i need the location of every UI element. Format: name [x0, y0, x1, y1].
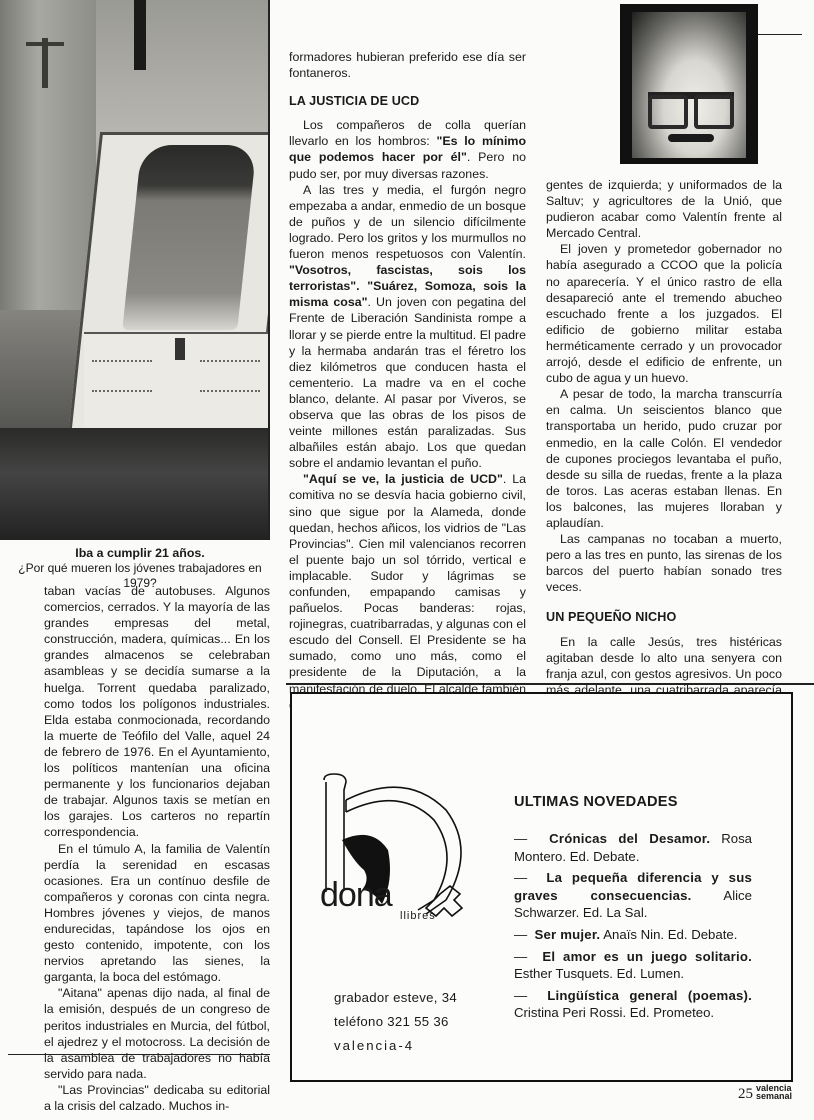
ad-address: grabador esteve, 34: [334, 986, 457, 1010]
book-item: — Lingüística general (poemas). Cristina…: [514, 987, 752, 1022]
section-rule: [286, 683, 814, 685]
paragraph: formadores hubieran preferido ese día se…: [289, 49, 526, 81]
book-item: — El amor es un juego solitario. Esther …: [514, 948, 752, 983]
book-item: — La pequeña diferencia y sus graves con…: [514, 869, 752, 922]
ad-contact: grabador esteve, 34 teléfono 321 55 36 v…: [334, 986, 457, 1058]
paragraph: "Aitana" apenas dijo nada, al final de l…: [44, 985, 270, 1082]
ad-heading: ULTIMAS NOVEDADES: [514, 794, 678, 810]
caption-title: Iba a cumplir 21 años.: [0, 546, 280, 561]
book-title: Crónicas del Desamor.: [549, 831, 710, 846]
glasses: [648, 92, 734, 123]
crucifix-icon: [42, 38, 48, 88]
book-list: — Crónicas del Desamor. Rosa Montero. Ed…: [514, 830, 752, 1026]
mustache: [668, 134, 714, 142]
book-title: El amor es un juego solitario.: [542, 949, 752, 964]
ornament-right: [200, 360, 260, 392]
quote: "Aquí se ve, la justicia de UCD": [303, 472, 503, 486]
book-title: Lingüística general (poemas).: [547, 988, 752, 1003]
ornament-left: [92, 360, 152, 392]
coffin-photo: [0, 0, 270, 540]
book-item: — Ser mujer. Anaïs Nin. Ed. Debate.: [514, 926, 752, 944]
logo-subtitle: llibres: [400, 910, 436, 922]
portrait-rule: [758, 34, 802, 35]
portrait-photo: [620, 4, 758, 164]
logo-wordmark: dona: [320, 878, 392, 912]
section-heading: UN PEQUEÑO NICHO: [546, 609, 782, 625]
paragraph: A pesar de todo, la marcha transcurría e…: [546, 386, 782, 531]
book-title: Ser mujer.: [535, 927, 601, 942]
body-figure: [122, 145, 256, 330]
photo-wall: [0, 0, 96, 310]
cross-icon: [134, 0, 146, 70]
paragraph: Las campanas no tocaban a muerto, pero a…: [546, 531, 782, 595]
paragraph: taban vacías de autobuses. Algunos comer…: [44, 583, 270, 841]
paragraph: "Las Provincias" dedicaba su editorial a…: [44, 1082, 270, 1114]
page-footer: 25 valencia semanal: [738, 1084, 792, 1100]
article-column-2: formadores hubieran preferido ese día se…: [289, 49, 526, 713]
magazine-brand: valencia semanal: [756, 1084, 792, 1100]
paragraph: En el túmulo A, la familia de Valentín p…: [44, 841, 270, 986]
paragraph: A las tres y media, el furgón negro empe…: [289, 182, 526, 472]
clasp-icon: [175, 338, 185, 360]
paragraph: "Aquí se ve, la justicia de UCD". La com…: [289, 471, 526, 712]
table: [0, 428, 268, 540]
page-number: 25: [738, 1088, 753, 1100]
paragraph: gentes de izquierda; y uniformados de la…: [546, 177, 782, 241]
article-column-1: taban vacías de autobuses. Algunos comer…: [44, 583, 270, 1114]
ad-phone: teléfono 321 55 36: [334, 1010, 457, 1034]
article-column-3: gentes de izquierda; y uniformados de la…: [546, 177, 782, 714]
column-rule: [8, 1054, 270, 1055]
paragraph: Los compañeros de colla querían llevarlo…: [289, 117, 526, 181]
section-heading: LA JUSTICIA DE UCD: [289, 93, 526, 109]
paragraph: El joven y prometedor gobernador no habí…: [546, 241, 782, 386]
book-item: — Crónicas del Desamor. Rosa Montero. Ed…: [514, 830, 752, 865]
bookstore-ad: dona llibres ULTIMAS NOVEDADES — Crónica…: [290, 692, 793, 1082]
ad-city: valencia-4: [334, 1034, 457, 1058]
